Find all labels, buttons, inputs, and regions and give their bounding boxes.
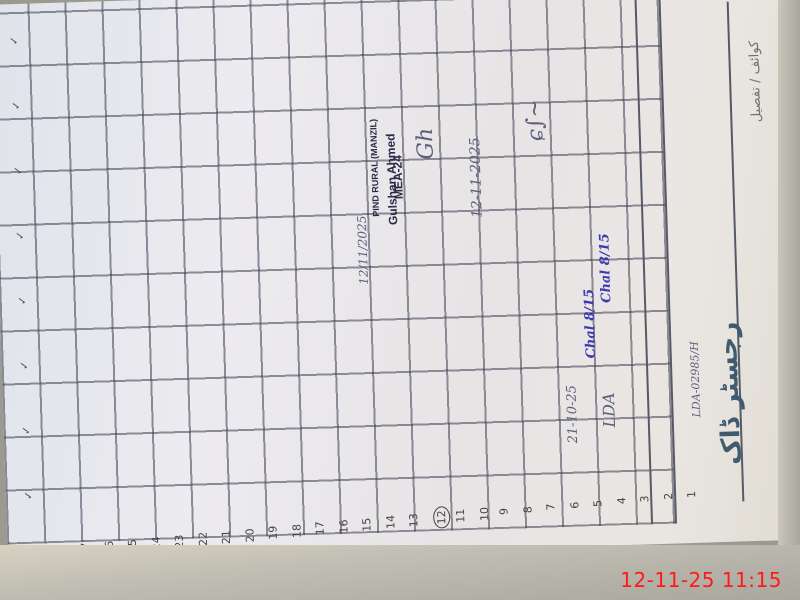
- tick-mark: ✓: [12, 166, 25, 176]
- row-number: 16: [337, 519, 350, 533]
- tick-mark: ✓: [14, 231, 27, 241]
- entry-lda: LDA: [599, 392, 619, 428]
- tick-mark: ✓: [16, 296, 29, 306]
- row-number: 8: [521, 506, 534, 513]
- entry-reference: LDA-02985/H: [688, 341, 703, 417]
- tick-mark: ✓: [7, 36, 20, 46]
- book-spine: [778, 0, 800, 600]
- row-number: 11: [454, 509, 467, 523]
- signature-2: Gh: [413, 127, 439, 160]
- register-title: رجسٹر ڈاک: [713, 321, 747, 465]
- row-number: 9: [497, 508, 510, 515]
- row-number: 12: [434, 507, 448, 529]
- row-number: 2: [662, 493, 675, 500]
- row-number: 5: [591, 499, 604, 506]
- tick-mark: ✓: [22, 491, 35, 501]
- row-number: 21: [220, 530, 233, 544]
- row-number: 1: [685, 491, 698, 498]
- tick-mark: ✓: [18, 361, 31, 371]
- row-number: 3: [638, 495, 651, 502]
- entry-chal-1: Chal 8/15: [597, 233, 614, 303]
- tick-mark: ✓: [20, 426, 33, 436]
- row-number: 14: [384, 515, 397, 529]
- row-number: 6: [568, 502, 581, 509]
- header-text: کوائف / تفصیل: [747, 41, 765, 123]
- row-number: 18: [290, 524, 303, 538]
- row-number: 13: [407, 513, 420, 527]
- ledger-photo: کوائف / تفصیل رجسٹر ڈاک 1234567891011121…: [0, 0, 800, 600]
- row-number: 19: [266, 526, 279, 540]
- register-header: کوائف / تفصیل رجسٹر ڈاک: [658, 0, 797, 524]
- entry-signed-date: 12-11-2025: [467, 137, 486, 218]
- signature: ɕ∫~: [522, 99, 548, 142]
- register-page: کوائف / تفصیل رجسٹر ڈاک 1234567891011121…: [0, 0, 798, 565]
- timestamp-overlay: 12-11-25 11:15: [620, 568, 782, 592]
- stamp-code: MEA-24: [390, 155, 405, 199]
- row-number: 7: [544, 504, 557, 511]
- row-number: 17: [313, 521, 326, 535]
- row-number: 10: [477, 506, 490, 520]
- row-number: 20: [243, 528, 256, 542]
- stamp-date: 12/11/2025: [355, 215, 371, 285]
- entry-date: 21-10-25: [564, 385, 581, 444]
- row-number: 4: [615, 497, 628, 504]
- row-number: 15: [360, 517, 373, 531]
- entry-chal-2: Chal 8/15: [582, 289, 599, 359]
- tick-mark: ✓: [10, 101, 23, 111]
- ruled-grid: [0, 0, 675, 545]
